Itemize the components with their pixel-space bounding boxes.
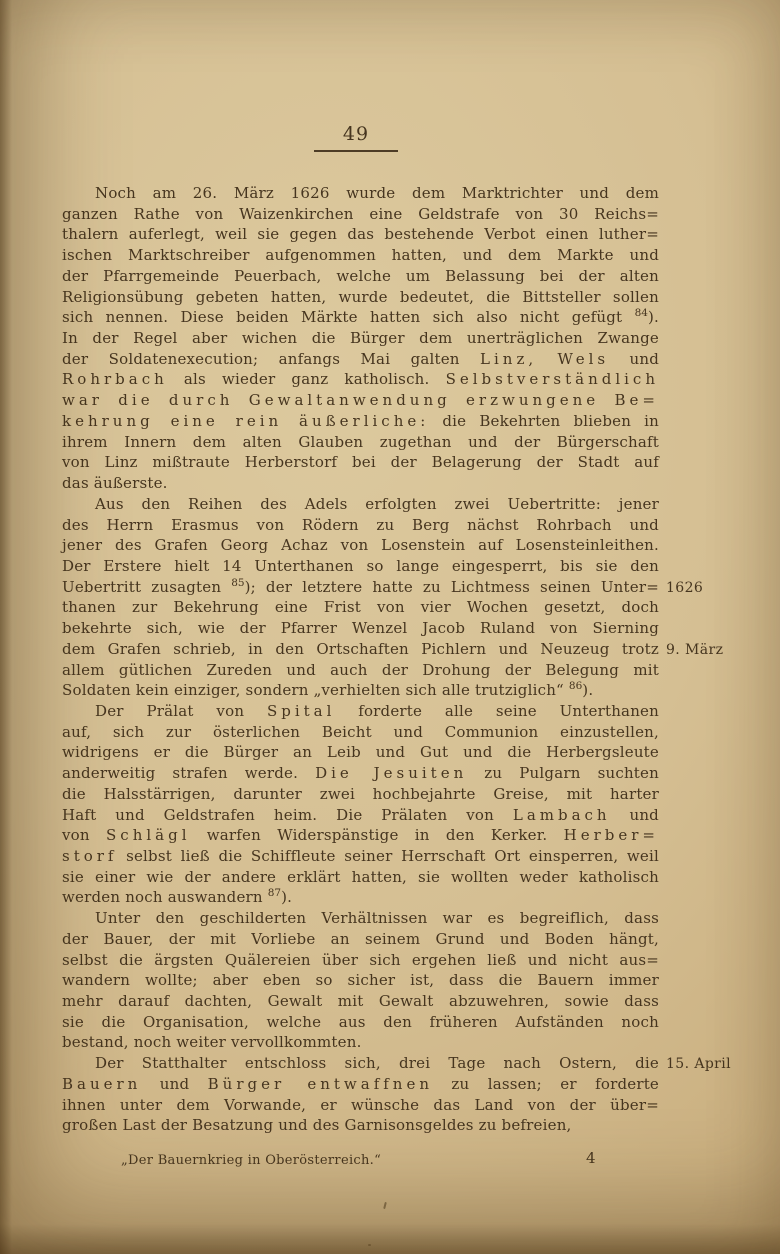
text-line: sie einer wie der andere erklärt hatten,… (62, 867, 659, 888)
text-segment: thalern auferlegt, weil sie gegen das be… (62, 225, 659, 243)
text-segment: anderweitig strafen werde. (62, 764, 315, 782)
text-segment: sie einer wie der andere erklärt hatten,… (62, 868, 659, 886)
text-segment: Uebertritt zusagten (62, 578, 231, 596)
text-segment: Der Statthalter entschloss sich, drei Ta… (95, 1054, 659, 1072)
page-number: 49 (314, 123, 398, 152)
text-segment: Religionsübung gebeten hatten, wurde bed… (62, 288, 659, 306)
page-edge-shadow-left (0, 0, 12, 1254)
footnote-reference: 85 (231, 577, 244, 589)
text-block: Noch am 26. März 1626 wurde dem Marktric… (62, 183, 659, 1136)
text-segment: des Herrn Erasmus von Rödern zu Berg näc… (62, 516, 659, 534)
text-segment: als wieder ganz katholisch. (168, 370, 446, 388)
text-segment: und (141, 1075, 207, 1093)
text-segment: forderte alle seine Unterthanen (335, 702, 659, 720)
text-line: dem Grafen schrieb, in den Ortschaften P… (62, 639, 659, 660)
text-line: Haft und Geldstrafen heim. Die Prälaten … (62, 805, 659, 826)
text-segment: Die Jesuiten (315, 764, 467, 782)
text-line: von Schlägl warfen Widerspänstige in den… (62, 825, 659, 846)
text-line: Bauern und Bürger entwaffnen zu lassen; … (62, 1074, 659, 1095)
text-segment: storf (62, 847, 117, 865)
text-line: kehrung eine rein äußerliche: die Bekehr… (62, 411, 659, 432)
text-segment: widrigens er die Bürger an Leib und Gut … (62, 743, 659, 761)
text-line: thanen zur Bekehrung eine Frist von vier… (62, 597, 659, 618)
text-segment: Der Erstere hielt 14 Unterthanen so lang… (62, 557, 659, 575)
text-line: ischen Marktschreiber aufgenommen hatten… (62, 245, 659, 266)
text-line: Der Statthalter entschloss sich, drei Ta… (62, 1053, 659, 1074)
text-segment: bekehrte sich, wie der Pfarrer Wenzel Ja… (62, 619, 659, 637)
text-segment: Bürger entwaffnen (208, 1075, 433, 1093)
text-line: mehr darauf dachten, Gewalt mit Gewalt a… (62, 991, 659, 1012)
text-segment: zu Pulgarn suchten (467, 764, 659, 782)
text-segment: von (62, 826, 106, 844)
text-line: storf selbst ließ die Schiffleute seiner… (62, 846, 659, 867)
text-segment: ihnen unter dem Vorwande, er wünsche das… (62, 1096, 659, 1114)
text-segment: warfen Widerspänstige in den Kerker. (191, 826, 564, 844)
text-segment: Rohrbach (62, 370, 168, 388)
text-segment: Linz, (480, 350, 537, 368)
text-line: wandern wollte; aber eben so sicher ist,… (62, 970, 659, 991)
text-segment: Herber= (564, 826, 659, 844)
text-segment: thanen zur Bekehrung eine Frist von vier… (62, 598, 659, 616)
text-segment: die Halsstärrigen, darunter zwei hochbej… (62, 785, 659, 803)
text-segment: wandern wollte; aber eben so sicher ist,… (62, 971, 659, 989)
text-line: großen Last der Besatzung und des Garnis… (62, 1115, 659, 1136)
text-segment: sie die Organisation, welche aus den frü… (62, 1013, 659, 1031)
text-line: widrigens er die Bürger an Leib und Gut … (62, 742, 659, 763)
text-segment: kehrung eine rein äußerliche: (62, 412, 429, 430)
text-segment: Aus den Reihen des Adels erfolgten zwei … (95, 495, 659, 513)
footnote-reference: 86 (569, 680, 582, 692)
text-segment: Der Prälat von (95, 702, 267, 720)
text-segment: Haft und Geldstrafen heim. Die Prälaten … (62, 806, 513, 824)
text-segment: Wels (558, 350, 610, 368)
text-line: von Linz mißtraute Herberstorf bei der B… (62, 452, 659, 473)
text-line: bestand, noch weiter vervollkommten. (62, 1032, 659, 1053)
text-segment: ); der letztere hatte zu Lichtmess seine… (245, 578, 659, 596)
text-line: war die durch Gewaltanwendung erzwungene… (62, 390, 659, 411)
margin-date-note: 1626 (666, 578, 780, 599)
text-segment (537, 350, 557, 368)
text-segment: allem gütlichen Zureden und auch der Dro… (62, 661, 659, 679)
text-segment: ). (582, 681, 593, 699)
page-edge-shadow-bottom (0, 1224, 780, 1254)
text-segment: war die durch Gewaltanwendung erzwungene… (62, 391, 659, 409)
text-line: Unter den geschilderten Verhältnissen wa… (62, 908, 659, 929)
text-line: Noch am 26. März 1626 wurde dem Marktric… (62, 183, 659, 204)
scan-artifact-mark (383, 1202, 387, 1209)
margin-date-note: 15. April (666, 1054, 780, 1075)
text-segment: jener des Grafen Georg Achaz von Losenst… (62, 536, 659, 554)
text-segment: großen Last der Besatzung und des Garnis… (62, 1116, 572, 1134)
text-line: auf, sich zur österlichen Beicht und Com… (62, 722, 659, 743)
text-segment: ihrem Innern dem alten Glauben zugethan … (62, 433, 659, 451)
text-segment: selbst ließ die Schiffleute seiner Herrs… (117, 847, 659, 865)
text-line: ihnen unter dem Vorwande, er wünsche das… (62, 1095, 659, 1116)
text-line: allem gütlichen Zureden und auch der Dro… (62, 660, 659, 681)
text-segment: ischen Marktschreiber aufgenommen hatten… (62, 246, 659, 264)
text-segment: Lambach (513, 806, 611, 824)
text-line: ganzen Rathe von Waizenkirchen eine Geld… (62, 204, 659, 225)
text-line: In der Regel aber wichen die Bürger dem … (62, 328, 659, 349)
text-line: jener des Grafen Georg Achaz von Losenst… (62, 535, 659, 556)
text-segment: zu lassen; er forderte (433, 1075, 659, 1093)
text-line: Uebertritt zusagten 85); der letztere ha… (62, 577, 659, 598)
text-line: der Soldatenexecution; anfangs Mai galte… (62, 349, 659, 370)
text-segment: das äußerste. (62, 474, 168, 492)
text-line: selbst die ärgsten Quälereien über sich … (62, 950, 659, 971)
text-segment: Spital (267, 702, 335, 720)
text-segment: Schlägl (106, 826, 190, 844)
text-line: das äußerste. (62, 473, 659, 494)
text-segment: und (611, 806, 659, 824)
book-page-scan: 49 Noch am 26. März 1626 wurde dem Markt… (0, 0, 780, 1254)
text-segment: Bauern (62, 1075, 141, 1093)
text-line: sie die Organisation, welche aus den frü… (62, 1012, 659, 1033)
text-line: Soldaten kein einziger, sondern „verhiel… (62, 680, 659, 701)
text-segment: der Pfarrgemeinde Peuerbach, welche um B… (62, 267, 659, 285)
text-segment: auf, sich zur österlichen Beicht und Com… (62, 723, 659, 741)
text-line: der Pfarrgemeinde Peuerbach, welche um B… (62, 266, 659, 287)
text-segment: der Soldatenexecution; anfangs Mai galte… (62, 350, 480, 368)
text-line: sich nennen. Diese beiden Märkte hatten … (62, 307, 659, 328)
text-segment: und (609, 350, 659, 368)
text-segment: mehr darauf dachten, Gewalt mit Gewalt a… (62, 992, 659, 1010)
text-segment: dem Grafen schrieb, in den Ortschaften P… (62, 640, 659, 658)
text-segment: selbst die ärgsten Quälereien über sich … (62, 951, 659, 969)
text-segment: Selbstverständlich (446, 370, 659, 388)
text-line: ihrem Innern dem alten Glauben zugethan … (62, 432, 659, 453)
text-segment: ). (281, 888, 292, 906)
text-line: Rohrbach als wieder ganz katholisch. Sel… (62, 369, 659, 390)
text-line: bekehrte sich, wie der Pfarrer Wenzel Ja… (62, 618, 659, 639)
text-line: Religionsübung gebeten hatten, wurde bed… (62, 287, 659, 308)
text-line: der Bauer, der mit Vorliebe an seinem Gr… (62, 929, 659, 950)
text-segment: ganzen Rathe von Waizenkirchen eine Geld… (62, 205, 659, 223)
text-segment: Unter den geschilderten Verhältnissen wa… (95, 909, 659, 927)
text-line: anderweitig strafen werde. Die Jesuiten … (62, 763, 659, 784)
text-segment: die Bekehrten blieben in (429, 412, 659, 430)
text-segment: ). (648, 308, 659, 326)
text-line: Aus den Reihen des Adels erfolgten zwei … (62, 494, 659, 515)
text-line: thalern auferlegt, weil sie gegen das be… (62, 224, 659, 245)
text-segment: sich nennen. Diese beiden Märkte hatten … (62, 308, 635, 326)
text-line: Der Prälat von Spital forderte alle sein… (62, 701, 659, 722)
text-line: werden noch auswandern 87). (62, 887, 659, 908)
text-segment: Soldaten kein einziger, sondern „verhiel… (62, 681, 569, 699)
text-line: die Halsstärrigen, darunter zwei hochbej… (62, 784, 659, 805)
footnote-reference: 87 (268, 887, 281, 899)
text-segment: bestand, noch weiter vervollkommten. (62, 1033, 362, 1051)
footer-sheet-number: 4 (586, 1149, 596, 1167)
text-segment: von Linz mißtraute Herberstorf bei der B… (62, 453, 659, 471)
text-segment: In der Regel aber wichen die Bürger dem … (62, 329, 659, 347)
text-line: Der Erstere hielt 14 Unterthanen so lang… (62, 556, 659, 577)
footer-signature-title: „Der Bauernkrieg in Oberösterreich.“ (121, 1153, 381, 1168)
text-segment: Noch am 26. März 1626 wurde dem Marktric… (95, 184, 659, 202)
text-segment: werden noch auswandern (62, 888, 268, 906)
text-line: des Herrn Erasmus von Rödern zu Berg näc… (62, 515, 659, 536)
footnote-reference: 84 (635, 307, 648, 319)
margin-date-note: 9. März (666, 640, 780, 661)
text-segment: der Bauer, der mit Vorliebe an seinem Gr… (62, 930, 659, 948)
